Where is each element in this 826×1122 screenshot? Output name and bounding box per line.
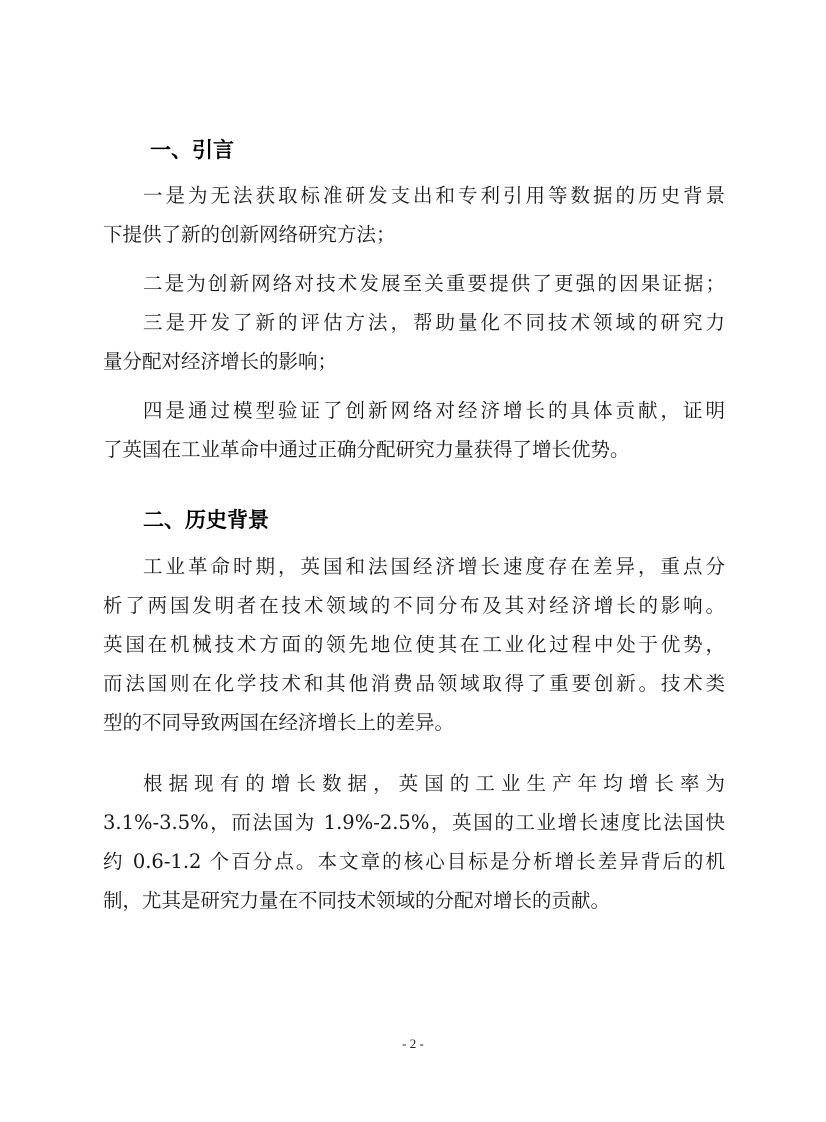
text-line: 二是为创新网络对技术发展至关重要提供了更强的因果证据； bbox=[103, 264, 725, 303]
paragraph-background-2: 根据现有的增长数据，英国的工业生产年均增长率为 3.1%-3.5%，而法国为 1… bbox=[103, 764, 725, 920]
text-line: 下提供了新的创新网络研究方法； bbox=[103, 215, 725, 254]
page-number: - 2 - bbox=[0, 1036, 826, 1052]
text-line: 了英国在工业革命中通过正确分配研究力量获得了增长优势。 bbox=[103, 430, 725, 469]
text-line: 三是开发了新的评估方法，帮助量化不同技术领域的研究力 bbox=[103, 303, 725, 342]
text-line: 英国在机械技术方面的领先地位使其在工业化过程中处于优势， bbox=[103, 625, 725, 664]
text-line: 根据现有的增长数据，英国的工业生产年均增长率为 bbox=[103, 764, 725, 803]
section-heading-introduction: 一、引言 bbox=[150, 136, 234, 164]
text-line: 3.1%-3.5%，而法国为 1.9%-2.5%，英国的工业增长速度比法国快 bbox=[103, 803, 725, 842]
text-line: 工业革命时期，英国和法国经济增长速度存在差异，重点分 bbox=[103, 547, 725, 586]
paragraph-intro-point-3: 三是开发了新的评估方法，帮助量化不同技术领域的研究力 量分配对经济增长的影响； bbox=[103, 303, 725, 381]
paragraph-intro-point-4: 四是通过模型验证了创新网络对经济增长的具体贡献，证明 了英国在工业革命中通过正确… bbox=[103, 391, 725, 469]
text-line: 析了两国发明者在技术领域的不同分布及其对经济增长的影响。 bbox=[103, 586, 725, 625]
text-line: 制，尤其是研究力量在不同技术领域的分配对增长的贡献。 bbox=[103, 881, 725, 920]
text-line: 量分配对经济增长的影响； bbox=[103, 342, 725, 381]
paragraph-background-1: 工业革命时期，英国和法国经济增长速度存在差异，重点分 析了两国发明者在技术领域的… bbox=[103, 547, 725, 742]
text-line: 型的不同导致两国在经济增长上的差异。 bbox=[103, 703, 725, 742]
text-line: 一是为无法获取标准研发支出和专利引用等数据的历史背景 bbox=[103, 176, 725, 215]
section-heading-historical-background: 二、历史背景 bbox=[143, 506, 269, 534]
document-page: 一、引言 一是为无法获取标准研发支出和专利引用等数据的历史背景 下提供了新的创新… bbox=[0, 0, 826, 1122]
paragraph-intro-point-2: 二是为创新网络对技术发展至关重要提供了更强的因果证据； bbox=[103, 264, 725, 303]
paragraph-intro-point-1: 一是为无法获取标准研发支出和专利引用等数据的历史背景 下提供了新的创新网络研究方… bbox=[103, 176, 725, 254]
text-line: 而法国则在化学技术和其他消费品领域取得了重要创新。技术类 bbox=[103, 664, 725, 703]
text-line: 约 0.6-1.2 个百分点。本文章的核心目标是分析增长差异背后的机 bbox=[103, 842, 725, 881]
text-line: 四是通过模型验证了创新网络对经济增长的具体贡献，证明 bbox=[103, 391, 725, 430]
